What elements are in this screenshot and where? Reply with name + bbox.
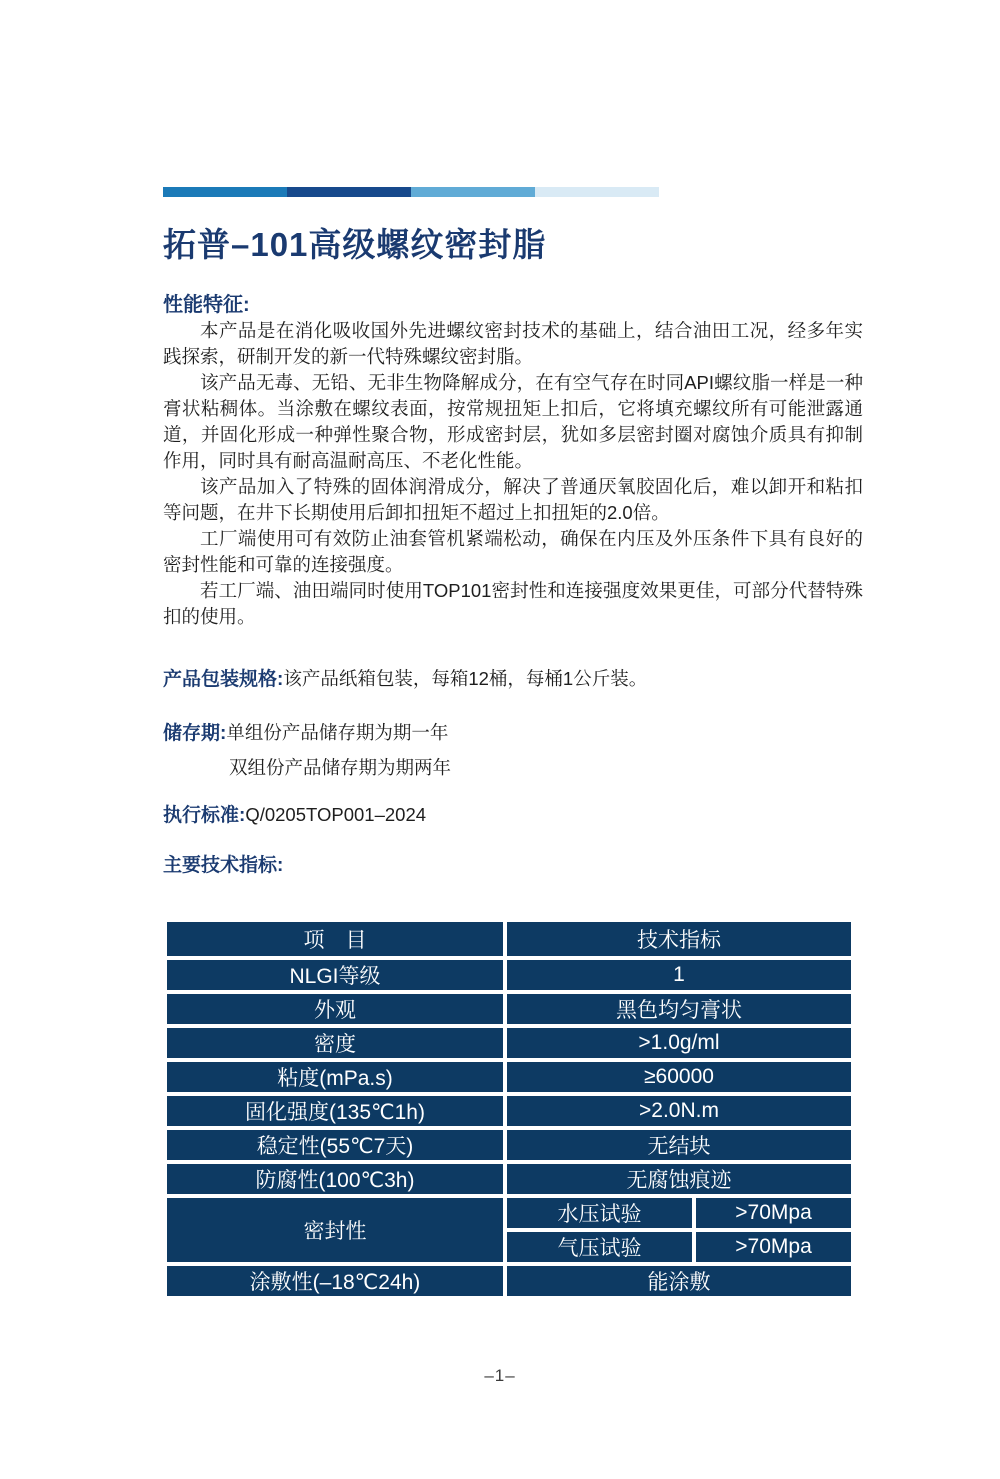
table-row: 外观 黑色均匀膏状 bbox=[167, 994, 851, 1024]
spec-item: 涂敷性(–18℃24h) bbox=[167, 1266, 503, 1296]
sealing-test-value: >70Mpa bbox=[696, 1232, 851, 1262]
table-row: 密度 >1.0g/ml bbox=[167, 1028, 851, 1058]
table-row: 粘度(mPa.s) ≥60000 bbox=[167, 1062, 851, 1092]
spec-item: 粘度(mPa.s) bbox=[167, 1062, 503, 1092]
spec-value: >1.0g/ml bbox=[507, 1028, 851, 1058]
document-page: 拓普–101高级螺纹密封脂 性能特征: 本产品是在消化吸收国外先进螺纹密封技术的… bbox=[163, 0, 863, 1300]
spec-header-item: 项 目 bbox=[167, 922, 503, 956]
spec-value: 1 bbox=[507, 960, 851, 990]
spec-table: 项 目 技术指标 NLGI等级 1 外观 黑色均匀膏状 密度 >1.0g/ml … bbox=[163, 918, 855, 1300]
spec-value: >2.0N.m bbox=[507, 1096, 851, 1126]
table-row: 稳定性(55℃7天) 无结块 bbox=[167, 1130, 851, 1160]
features-paragraph: 本产品是在消化吸收国外先进螺纹密封技术的基础上，结合油田工况，经多年实践探索，研… bbox=[163, 318, 863, 370]
accent-bar-segment-3 bbox=[411, 187, 535, 197]
spec-item: 防腐性(100℃3h) bbox=[167, 1164, 503, 1194]
spec-item: NLGI等级 bbox=[167, 960, 503, 990]
spec-item: 固化强度(135℃1h) bbox=[167, 1096, 503, 1126]
sealing-test-name: 水压试验 bbox=[507, 1198, 692, 1228]
accent-bar-segment-1 bbox=[163, 187, 287, 197]
standard-value: Q/0205TOP001–2024 bbox=[245, 804, 426, 825]
accent-bar-segment-2 bbox=[287, 187, 411, 197]
spec-table-heading: 主要技术指标: bbox=[163, 853, 863, 879]
page-title: 拓普–101高级螺纹密封脂 bbox=[163, 225, 863, 265]
features-paragraphs: 本产品是在消化吸收国外先进螺纹密封技术的基础上，结合油田工况，经多年实践探索，研… bbox=[163, 318, 863, 630]
page-number: –1– bbox=[0, 1366, 1000, 1386]
features-paragraph: 工厂端使用可有效防止油套管机紧端松动，确保在内压及外压条件下具有良好的密封性能和… bbox=[163, 526, 863, 578]
features-heading: 性能特征: bbox=[163, 292, 863, 318]
table-row: 固化强度(135℃1h) >2.0N.m bbox=[167, 1096, 851, 1126]
storage-line-2: 双组份产品储存期为期两年 bbox=[163, 755, 863, 781]
standard-line: 执行标准:Q/0205TOP001–2024 bbox=[163, 802, 863, 829]
spec-value: 能涂敷 bbox=[507, 1266, 851, 1296]
spec-value: ≥60000 bbox=[507, 1062, 851, 1092]
packaging-line: 产品包装规格:该产品纸箱包装，每箱12桶，每桶1公斤装。 bbox=[163, 666, 863, 693]
spec-table-header-row: 项 目 技术指标 bbox=[167, 922, 851, 956]
spec-value: 无结块 bbox=[507, 1130, 851, 1160]
spec-item: 稳定性(55℃7天) bbox=[167, 1130, 503, 1160]
packaging-label: 产品包装规格: bbox=[163, 669, 283, 690]
packaging-text: 该产品纸箱包装，每箱12桶，每桶1公斤装。 bbox=[283, 668, 647, 689]
spec-item: 密度 bbox=[167, 1028, 503, 1058]
table-row: NLGI等级 1 bbox=[167, 960, 851, 990]
table-row: 涂敷性(–18℃24h) 能涂敷 bbox=[167, 1266, 851, 1296]
sealing-test-name: 气压试验 bbox=[507, 1232, 692, 1262]
accent-bar bbox=[163, 187, 659, 197]
storage-text-2: 双组份产品储存期为期两年 bbox=[229, 757, 451, 778]
spec-item-sealing: 密封性 bbox=[167, 1198, 503, 1262]
spec-header-value: 技术指标 bbox=[507, 922, 851, 956]
table-row-sealing-1: 密封性 水压试验 >70Mpa bbox=[167, 1198, 851, 1228]
storage-line-1: 储存期:单组份产品储存期为期一年 bbox=[163, 720, 863, 747]
spec-value: 黑色均匀膏状 bbox=[507, 994, 851, 1024]
features-paragraph: 若工厂端、油田端同时使用TOP101密封性和连接强度效果更佳，可部分代替特殊扣的… bbox=[163, 578, 863, 630]
spec-value: 无腐蚀痕迹 bbox=[507, 1164, 851, 1194]
storage-label: 储存期: bbox=[163, 723, 226, 744]
features-paragraph: 该产品加入了特殊的固体润滑成分，解决了普通厌氧胶固化后，难以卸开和粘扣等问题，在… bbox=[163, 474, 863, 526]
accent-bar-segment-4 bbox=[535, 187, 659, 197]
standard-label: 执行标准: bbox=[163, 805, 245, 826]
features-paragraph: 该产品无毒、无铅、无非生物降解成分，在有空气存在时同API螺纹脂一样是一种膏状粘… bbox=[163, 370, 863, 474]
sealing-test-value: >70Mpa bbox=[696, 1198, 851, 1228]
spec-item: 外观 bbox=[167, 994, 503, 1024]
table-row: 防腐性(100℃3h) 无腐蚀痕迹 bbox=[167, 1164, 851, 1194]
storage-text-1: 单组份产品储存期为期一年 bbox=[226, 722, 448, 743]
